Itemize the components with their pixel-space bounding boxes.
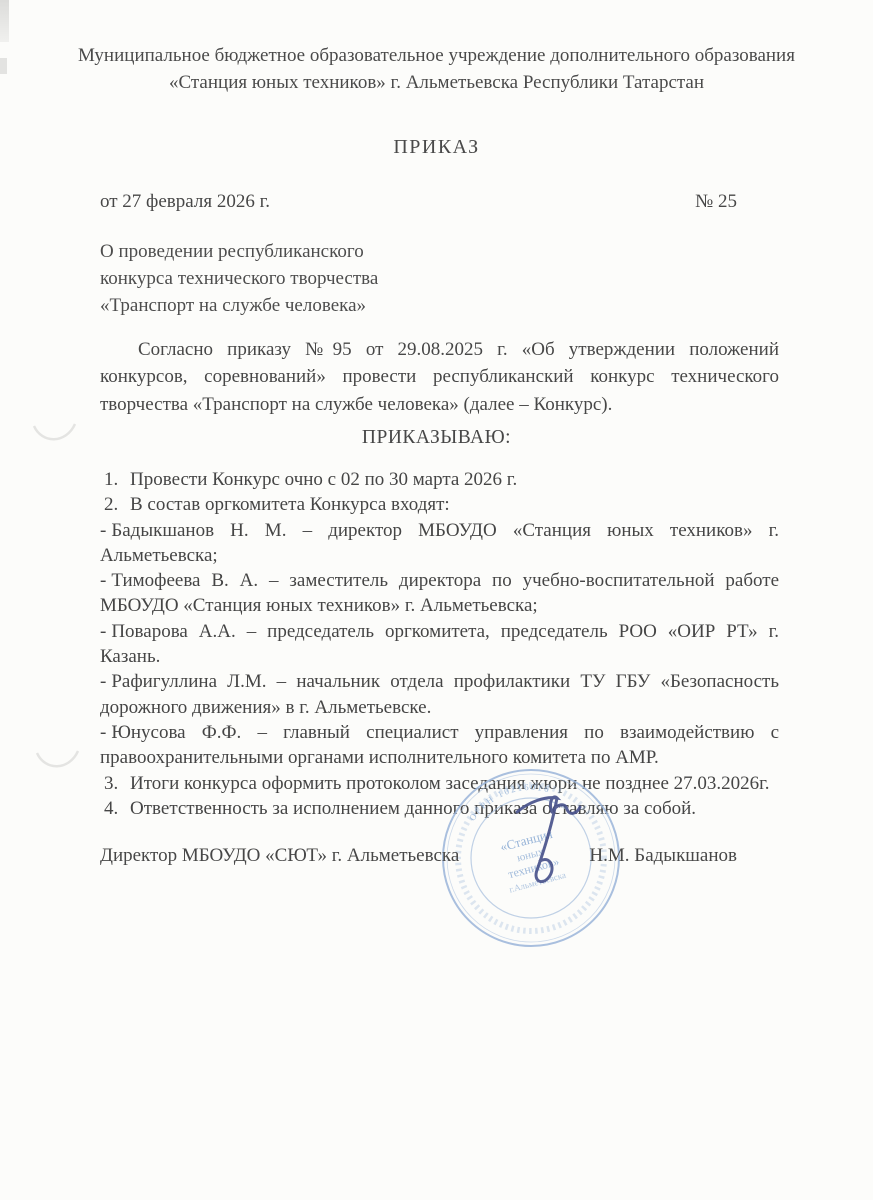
item-marker: - — [100, 621, 111, 642]
item-marker: 2. — [100, 492, 130, 517]
org-name-line2: «Станция юных техников» г. Альметьевска … — [50, 69, 823, 96]
order-item: -Тимофеева В. А. – заместитель директора… — [100, 568, 779, 619]
order-item: -Поварова А.А. – председатель оргкомитет… — [100, 619, 779, 670]
item-text: Провести Конкурс очно с 02 по 30 марта 2… — [130, 469, 517, 490]
item-text: В состав оргкомитета Конкурса входят: — [130, 494, 450, 515]
item-text: Тимофеева В. А. – заместитель директора … — [100, 570, 779, 616]
doc-title: ПРИКАЗ — [0, 136, 873, 159]
order-item: -Рафигуллина Л.М. – начальник отдела про… — [100, 669, 779, 720]
signature-row: Директор МБОУДО «СЮТ» г. Альметьевска Н.… — [100, 845, 737, 867]
order-heading: ПРИКАЗЫВАЮ: — [0, 427, 873, 449]
org-header: Муниципальное бюджетное образовательное … — [50, 42, 823, 96]
order-item: -Юнусова Ф.Ф. – главный специалист управ… — [100, 720, 779, 771]
item-text: Юнусова Ф.Ф. – главный специалист управл… — [100, 722, 779, 768]
scan-edge-mark — [0, 58, 7, 74]
date-number-row: от 27 февраля 2026 г. № 25 — [100, 191, 737, 213]
scan-artifact-arc — [33, 745, 83, 775]
item-text: Итоги конкурса оформить протоколом засед… — [130, 773, 770, 794]
document-page: Муниципальное бюджетное образовательное … — [0, 0, 873, 1200]
item-marker: 1. — [100, 467, 130, 492]
subject-line: «Транспорт на службе человека» — [100, 292, 378, 319]
item-text: Поварова А.А. – председатель оргкомитета… — [100, 621, 779, 667]
item-marker: 3. — [100, 771, 130, 796]
item-marker: - — [100, 671, 111, 692]
doc-subject: О проведении республиканского конкурса т… — [100, 238, 378, 319]
order-item: 3.Итоги конкурса оформить протоколом зас… — [100, 771, 779, 796]
org-name-line1: Муниципальное бюджетное образовательное … — [50, 42, 823, 69]
signer-name: Н.М. Бадыкшанов — [589, 845, 737, 867]
order-item: -Бадыкшанов Н. М. – директор МБОУДО «Ста… — [100, 518, 779, 569]
item-text: Рафигуллина Л.М. – начальник отдела проф… — [100, 671, 779, 717]
subject-line: О проведении республиканского — [100, 238, 378, 265]
item-marker: - — [100, 570, 111, 591]
order-item: 1.Провести Конкурс очно с 02 по 30 марта… — [100, 467, 779, 492]
item-marker: - — [100, 520, 111, 541]
order-item: 4.Ответственность за исполнением данного… — [100, 796, 779, 821]
handwritten-signature — [503, 778, 623, 898]
preamble-paragraph: Согласно приказу №95 от 29.08.2025 г. «О… — [100, 336, 779, 418]
order-list: 1.Провести Конкурс очно с 02 по 30 марта… — [100, 467, 779, 821]
item-marker: - — [100, 722, 111, 743]
item-text: Бадыкшанов Н. М. – директор МБОУДО «Стан… — [100, 520, 779, 566]
scan-edge-mark — [0, 0, 9, 42]
doc-date: от 27 февраля 2026 г. — [100, 191, 270, 213]
signer-position: Директор МБОУДО «СЮТ» г. Альметьевска — [100, 845, 459, 867]
item-marker: 4. — [100, 796, 130, 821]
subject-line: конкурса технического творчества — [100, 265, 378, 292]
doc-number: № 25 — [695, 191, 737, 213]
order-item: 2.В состав оргкомитета Конкурса входят: — [100, 492, 779, 517]
